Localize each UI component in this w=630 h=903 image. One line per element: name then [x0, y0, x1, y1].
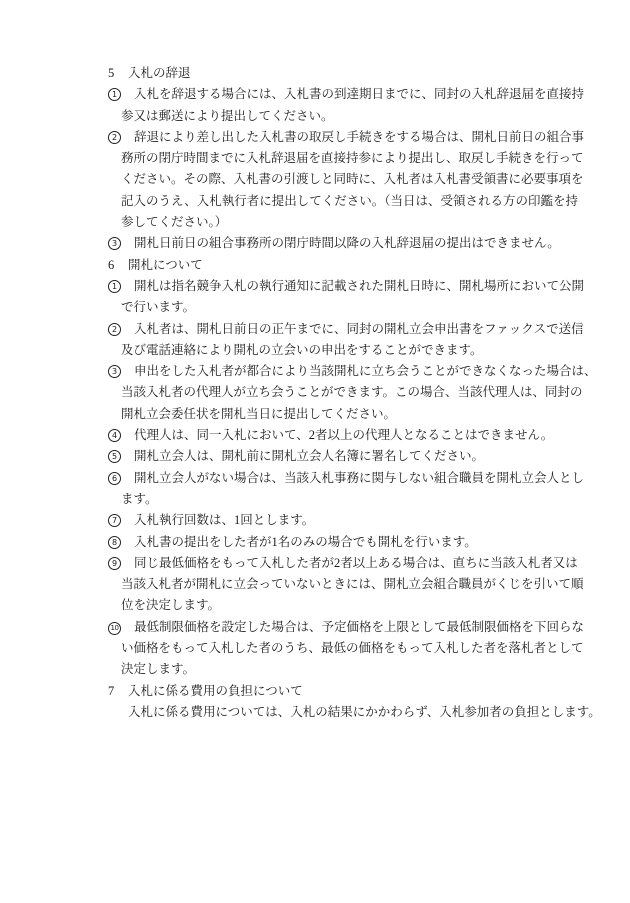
section-title: 入札の辞退: [128, 66, 191, 80]
circled-number-marker: 3: [108, 365, 121, 378]
list-item-line: 4代理人は、同一入札において、2者以上の代理人となることはできません。: [0, 425, 630, 446]
section-heading: 6開札について: [0, 255, 630, 276]
circled-number-marker: 8: [108, 536, 121, 549]
item-text: 開札は指名競争入札の執行通知に記載された開札日時に、開札場所において公開: [134, 279, 584, 293]
item-text: 入札執行回数は、1回とします。: [134, 513, 314, 527]
item-text: 辞退により差し出した入札書の取戻し手続きをする場合は、開札日前日の組合事: [134, 130, 584, 144]
item-text: 開札日前日の組合事務所の閉庁時間以降の入札辞退届の提出はできません。: [134, 236, 560, 250]
item-text: 開札立会人は、開札前に開札立会人名簿に署名してください。: [134, 449, 484, 463]
circled-number-marker: 10: [108, 622, 121, 635]
list-item-continuation-line: 参してください。）: [0, 212, 630, 233]
section-number: 5: [108, 63, 128, 84]
list-item-line: 10最低制限価格を設定した場合は、予定価格を上限として最低制限価格を下回らな: [0, 617, 630, 638]
item-text: 代理人は、同一入札において、2者以上の代理人となることはできません。: [134, 428, 553, 442]
list-item-continuation-line: ます。: [0, 489, 630, 510]
item-text: 入札を辞退する場合には、入札書の到達期日までに、同封の入札辞退届を直接持: [134, 87, 584, 101]
circled-number-marker: 5: [108, 450, 121, 463]
item-text: 同じ最低価格をもって入札した者が2者以上ある場合は、直ちに当該入札者又は: [134, 556, 578, 570]
section-number: 6: [108, 255, 128, 276]
section-heading: 7入札に係る費用の負担について: [0, 681, 630, 702]
list-item-continuation-line: 参又は郵送により提出してください。: [0, 106, 630, 127]
list-item-line: 1入札を辞退する場合には、入札書の到達期日までに、同封の入札辞退届を直接持: [0, 84, 630, 105]
circled-number-marker: 4: [108, 429, 121, 442]
list-item-continuation-line: 開札立会委任状を開札当日に提出してください。: [0, 404, 630, 425]
circled-number-marker: 9: [108, 557, 121, 570]
list-item-line: 2入札者は、開札日前日の正午までに、同封の開札立会申出書をファックスで送信: [0, 319, 630, 340]
list-item-line: 1開札は指名競争入札の執行通知に記載された開札日時に、開札場所において公開: [0, 276, 630, 297]
list-item-line: 3申出をした入札者が都合により当該開札に立ち会うことができなくなった場合は、: [0, 361, 630, 382]
circled-number-marker: 6: [108, 472, 121, 485]
list-item-line: 2辞退により差し出した入札書の取戻し手続きをする場合は、開札日前日の組合事: [0, 127, 630, 148]
document-page: 5入札の辞退1入札を辞退する場合には、入札書の到達期日までに、同封の入札辞退届を…: [0, 0, 630, 903]
list-item-line: 7入札執行回数は、1回とします。: [0, 510, 630, 531]
section-heading: 5入札の辞退: [0, 63, 630, 84]
section-title: 入札に係る費用の負担について: [128, 684, 303, 698]
list-item-continuation-line: い価格をもって入札した者のうち、最低の価格をもって入札した者を落札者として: [0, 638, 630, 659]
document-content: 5入札の辞退1入札を辞退する場合には、入札書の到達期日までに、同封の入札辞退届を…: [0, 63, 630, 723]
list-item-line: 8入札書の提出をした者が1名のみの場合でも開札を行います。: [0, 532, 630, 553]
item-text: 入札者は、開札日前日の正午までに、同封の開札立会申出書をファックスで送信: [134, 322, 584, 336]
circled-number-marker: 2: [108, 323, 121, 336]
list-item-line: 3開札日前日の組合事務所の閉庁時間以降の入札辞退届の提出はできません。: [0, 233, 630, 254]
list-item-continuation-line: で行います。: [0, 297, 630, 318]
list-item-continuation-line: 決定します。: [0, 659, 630, 680]
section-title: 開札について: [128, 258, 203, 272]
list-item-continuation-line: 当該入札者が開札に立会っていないときには、開札立会組合職員がくじを引いて順: [0, 574, 630, 595]
list-item-continuation-line: 務所の閉庁時間までに入札辞退届を直接持参により提出し、取戻し手続きを行って: [0, 148, 630, 169]
body-paragraph-line: 入札に係る費用については、入札の結果にかかわらず、入札参加者の負担とします。: [0, 702, 630, 723]
circled-number-marker: 2: [108, 131, 121, 144]
list-item-continuation-line: 位を決定します。: [0, 595, 630, 616]
circled-number-marker: 1: [108, 280, 121, 293]
list-item-continuation-line: 当該入札者の代理人が立ち会うことができます。この場合、当該代理人は、同封の: [0, 382, 630, 403]
list-item-line: 5開札立会人は、開札前に開札立会人名簿に署名してください。: [0, 446, 630, 467]
list-item-line: 9同じ最低価格をもって入札した者が2者以上ある場合は、直ちに当該入札者又は: [0, 553, 630, 574]
list-item-line: 6開札立会人がない場合は、当該入札事務に関与しない組合職員を開札立会人とし: [0, 468, 630, 489]
item-text: 入札書の提出をした者が1名のみの場合でも開札を行います。: [134, 535, 477, 549]
circled-number-marker: 1: [108, 88, 121, 101]
list-item-continuation-line: 及び電話連絡により開札の立会いの申出をすることができます。: [0, 340, 630, 361]
item-text: 申出をした入札者が都合により当該開札に立ち会うことができなくなった場合は、: [134, 364, 597, 378]
circled-number-marker: 7: [108, 514, 121, 527]
item-text: 開札立会人がない場合は、当該入札事務に関与しない組合職員を開札立会人とし: [134, 471, 584, 485]
circled-number-marker: 3: [108, 237, 121, 250]
list-item-continuation-line: 記入のうえ、入札執行者に提出してください。（当日は、受領される方の印鑑を持: [0, 191, 630, 212]
section-number: 7: [108, 681, 128, 702]
item-text: 最低制限価格を設定した場合は、予定価格を上限として最低制限価格を下回らな: [134, 620, 584, 634]
list-item-continuation-line: ください。その際、入札書の引渡しと同時に、入札者は入札書受領書に必要事項を: [0, 169, 630, 190]
